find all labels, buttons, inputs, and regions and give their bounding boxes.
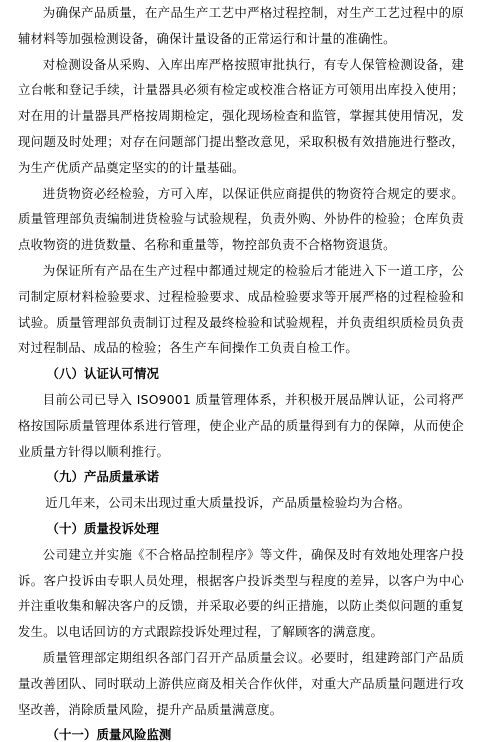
section-heading-risk-monitoring: （十一）质量风险监测 [18, 722, 464, 742]
paragraph-complaint-procedure: 公司建立并实施《不合格品控制程序》等文件，确保及时有效地处理客户投诉。客户投诉由… [18, 542, 464, 645]
paragraph-process-inspection: 为保证所有产品在生产过程中都通过规定的检验后才能进入下一道工序，公司制定原材料检… [18, 258, 464, 361]
paragraph-iso9001: 目前公司已导入 ISO9001 质量管理体系，并积极开展品牌认证，公司将严格按国… [18, 387, 464, 464]
section-heading-complaint-handling: （十）质量投诉处理 [18, 516, 464, 542]
paragraph-measurement-control: 为确保产品质量，在产品生产工艺中严格过程控制，对生产工艺过程中的原辅材料等加强检… [18, 0, 464, 52]
paragraph-incoming-inspection: 进货物资必经检验，方可入库，以保证供应商提供的物资符合规定的要求。质量管理部负责… [18, 181, 464, 258]
document-page: 为确保产品质量，在产品生产工艺中严格过程控制，对生产工艺过程中的原辅材料等加强检… [18, 0, 464, 742]
section-heading-certification: （八）认证认可情况 [18, 361, 464, 387]
paragraph-testing-equipment: 对检测设备从采购、入库出库严格按照审批执行，有专人保管检测设备，建立台帐和登记手… [18, 52, 464, 181]
section-heading-quality-commitment: （九）产品质量承诺 [18, 464, 464, 490]
paragraph-quality-meetings: 质量管理部定期组织各部门召开产品质量会议。必要时，组建跨部门产品质量改善团队、同… [18, 645, 464, 722]
paragraph-no-complaints: 近几年来，公司未出现过重大质量投诉，产品质量检验均为合格。 [18, 490, 464, 516]
